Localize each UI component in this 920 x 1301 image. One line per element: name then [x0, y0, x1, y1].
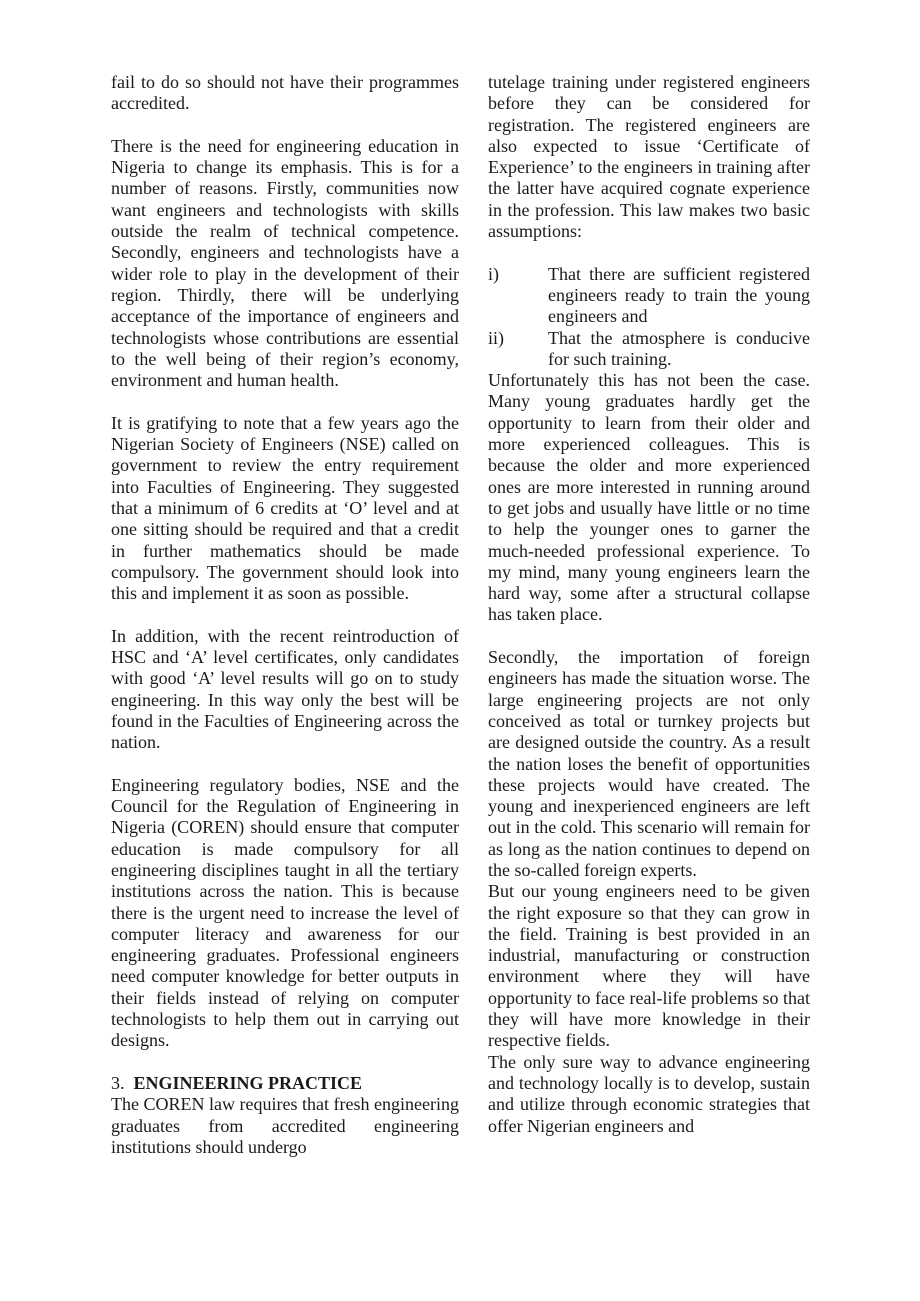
assumptions-list: i) That there are sufficient registered …	[488, 264, 810, 370]
paragraph: It is gratifying to note that a few year…	[111, 413, 459, 605]
list-marker: i)	[488, 264, 499, 285]
paragraph: The COREN law requires that fresh engine…	[111, 1094, 459, 1158]
paragraph: Secondly, the importation of foreign eng…	[488, 647, 810, 881]
section-title: ENGINEERING PRACTICE	[134, 1073, 363, 1093]
right-column: tutelage training under registered engin…	[488, 72, 810, 1137]
paragraph-continuation: tutelage training under registered engin…	[488, 72, 810, 242]
list-item-text: That there are sufficient registered eng…	[548, 264, 810, 327]
paragraph: There is the need for engineering educat…	[111, 136, 459, 392]
document-page: fail to do so should not have their prog…	[0, 0, 920, 1301]
paragraph: The only sure way to advance engineering…	[488, 1052, 810, 1137]
paragraph-continuation: fail to do so should not have their prog…	[111, 72, 459, 115]
list-item-text: That the atmosphere is conducive for suc…	[548, 328, 810, 369]
list-item: i) That there are sufficient registered …	[488, 264, 810, 328]
paragraph: Engineering regulatory bodies, NSE and t…	[111, 775, 459, 1052]
paragraph: But our young engineers need to be given…	[488, 881, 810, 1051]
paragraph: Unfortunately this has not been the case…	[488, 370, 810, 626]
list-item: ii) That the atmosphere is conducive for…	[488, 328, 810, 371]
list-marker: ii)	[488, 328, 504, 349]
paragraph: In addition, with the recent reintroduct…	[111, 626, 459, 754]
left-column: fail to do so should not have their prog…	[111, 72, 459, 1158]
section-heading: 3.ENGINEERING PRACTICE	[111, 1073, 459, 1094]
section-number: 3.	[111, 1073, 125, 1093]
